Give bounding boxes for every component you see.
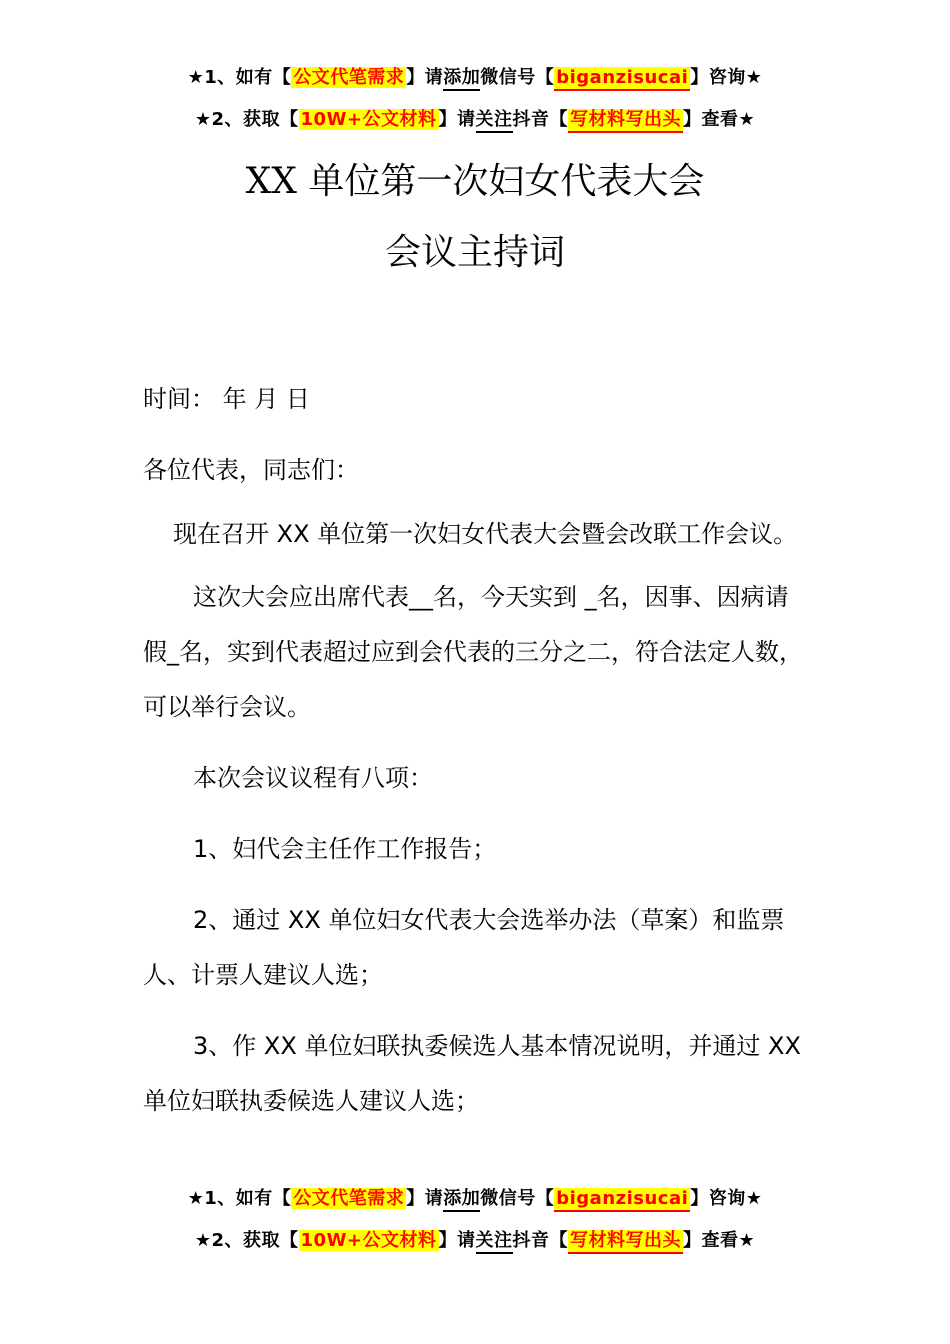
- paragraph-opening: 现在召开 XX 单位第一次妇女代表大会暨会改联工作会议。: [143, 514, 807, 554]
- promo-line2-mid1: 】请: [439, 1230, 476, 1251]
- promo-line1-mid1: 】请: [406, 67, 443, 88]
- promo-line-2-bottom: ★2、获取【10W+公文材料】请关注抖音【写材料写出头】查看★: [0, 1220, 950, 1262]
- promo-wechat-id: biganzisucai: [554, 1188, 690, 1212]
- promo-line-2: ★2、获取【10W+公文材料】请关注抖音【写材料写出头】查看★: [0, 99, 950, 141]
- promo-highlight-materials: 10W+公文材料: [299, 1230, 439, 1251]
- agenda-item-2: 2、通过 XX 单位妇女代表大会选举办法（草案）和监票人、计票人建议人选；: [143, 893, 807, 1003]
- promo-line2-prefix: ★2、获取【: [195, 1230, 299, 1251]
- paragraph-agenda-intro: 本次会议议程有八项：: [143, 751, 807, 806]
- promo-line1-suffix: 】咨询★: [690, 1188, 762, 1209]
- promo-line2-suffix: 】查看★: [683, 109, 755, 130]
- promo-line2-mid1: 】请: [439, 109, 476, 130]
- promo-line2-mid2: 抖音【: [513, 109, 569, 130]
- promo-underline-follow: 关注: [476, 1230, 513, 1254]
- promo-douyin-account: 写材料写出头: [568, 1230, 683, 1254]
- promo-highlight-writing-service: 公文代笔需求: [291, 67, 406, 88]
- promo-underline-follow: 关注: [476, 109, 513, 133]
- agenda-item-3: 3、作 XX 单位妇联执委候选人基本情况说明，并通过 XX 单位妇联执委候选人建…: [143, 1019, 807, 1129]
- promo-highlight-writing-service: 公文代笔需求: [291, 1188, 406, 1209]
- promo-banner-bottom: ★1、如有【公文代笔需求】请添加微信号【biganzisucai】咨询★ ★2、…: [0, 1178, 950, 1262]
- promo-line1-mid1: 】请: [406, 1188, 443, 1209]
- paragraph-salutation: 各位代表，同志们：: [143, 443, 807, 498]
- promo-line2-mid2: 抖音【: [513, 1230, 569, 1251]
- promo-underline-add: 添加: [443, 67, 480, 91]
- promo-line2-suffix: 】查看★: [683, 1230, 755, 1251]
- promo-line2-prefix: ★2、获取【: [195, 109, 299, 130]
- document-title: XX 单位第一次妇女代表大会 会议主持词: [0, 146, 950, 288]
- promo-line1-mid2: 微信号【: [480, 1188, 554, 1209]
- document-body: 时间： 年 月 日 各位代表，同志们： 现在召开 XX 单位第一次妇女代表大会暨…: [143, 372, 807, 1129]
- paragraph-attendance: 这次大会应出席代表__名，今天实到 _名，因事、因病请假_名，实到代表超过应到会…: [143, 570, 807, 735]
- agenda-item-1: 1、妇代会主任作工作报告；: [143, 822, 807, 877]
- promo-banner-top: ★1、如有【公文代笔需求】请添加微信号【biganzisucai】咨询★ ★2、…: [0, 0, 950, 141]
- promo-line1-mid2: 微信号【: [480, 67, 554, 88]
- promo-line1-prefix: ★1、如有【: [188, 1188, 292, 1209]
- promo-line1-prefix: ★1、如有【: [188, 67, 292, 88]
- promo-line1-suffix: 】咨询★: [690, 67, 762, 88]
- paragraph-time: 时间： 年 月 日: [143, 372, 807, 427]
- promo-underline-add: 添加: [443, 1188, 480, 1212]
- promo-highlight-materials: 10W+公文材料: [299, 109, 439, 130]
- promo-wechat-id: biganzisucai: [554, 67, 690, 91]
- doc-title-line-1: XX 单位第一次妇女代表大会: [0, 146, 950, 217]
- doc-title-line-2: 会议主持词: [0, 217, 950, 288]
- promo-line-1: ★1、如有【公文代笔需求】请添加微信号【biganzisucai】咨询★: [0, 57, 950, 99]
- promo-line-1-bottom: ★1、如有【公文代笔需求】请添加微信号【biganzisucai】咨询★: [0, 1178, 950, 1220]
- promo-douyin-account: 写材料写出头: [568, 109, 683, 133]
